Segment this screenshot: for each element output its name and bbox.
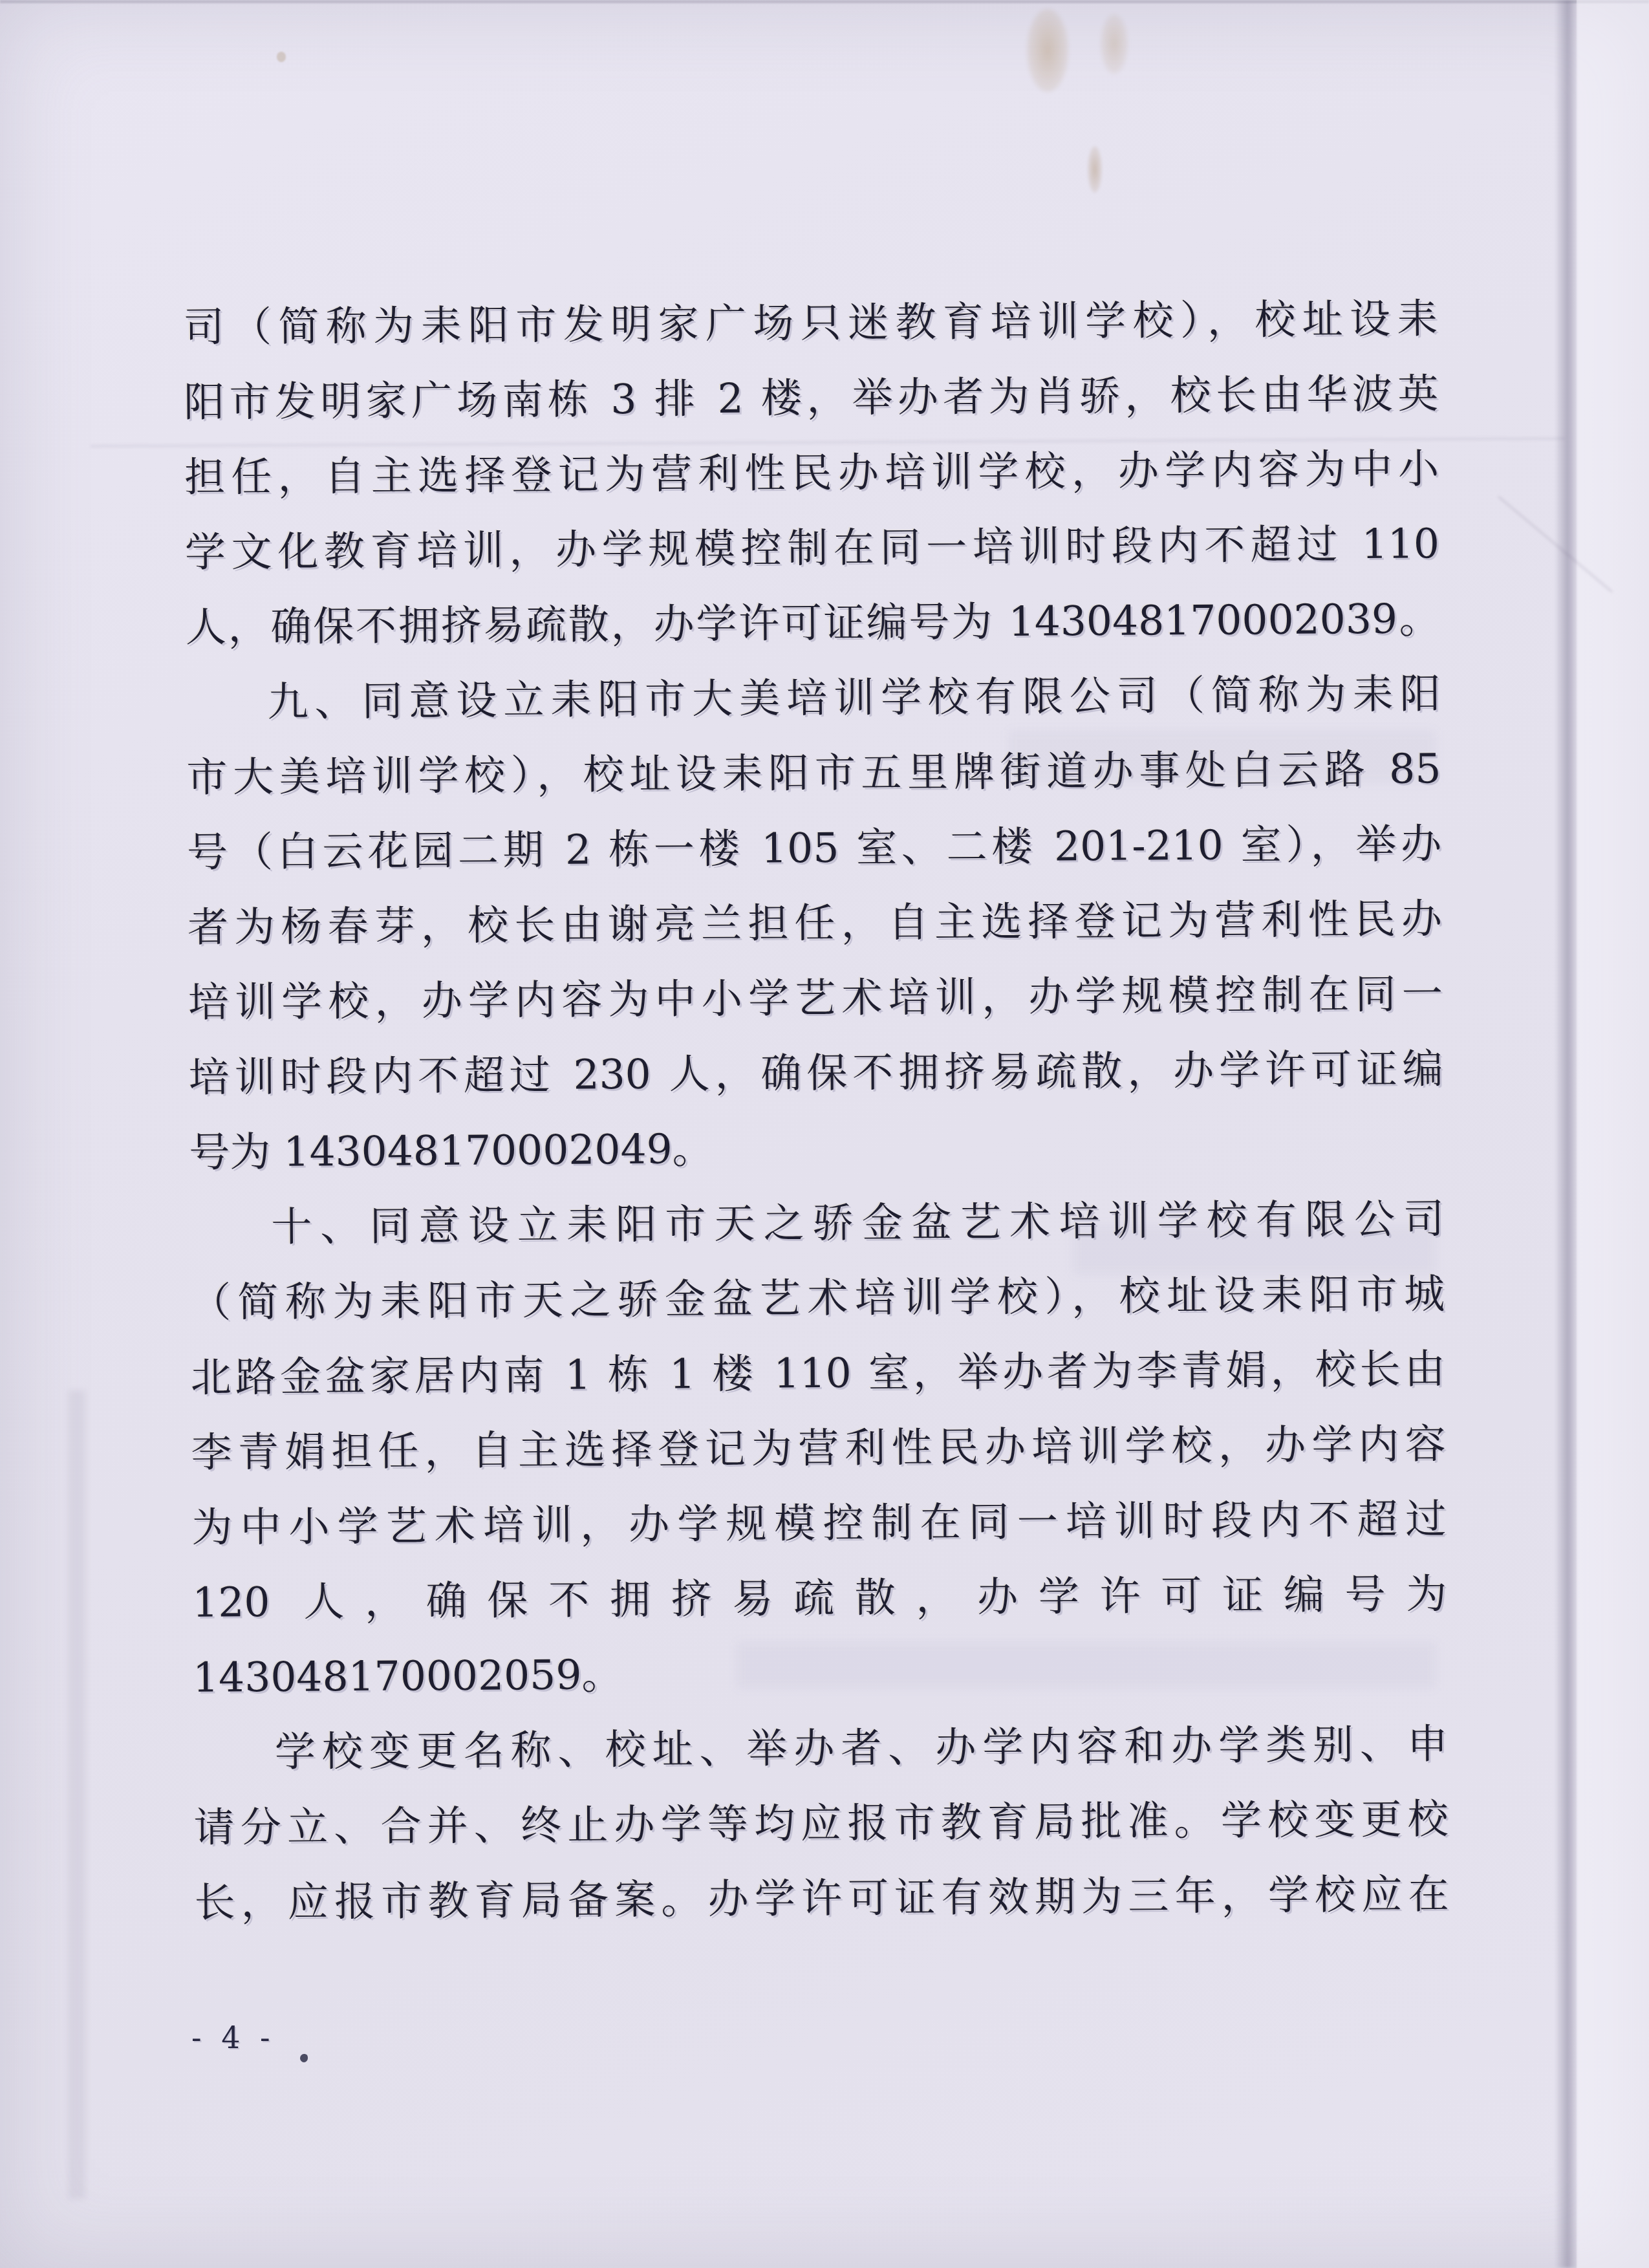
text-line: 号（白云花园二期 2 栋一楼 105 室、二楼 201-210 室），举办 bbox=[187, 806, 1442, 891]
text-line: 北路金盆家居内南 1 栋 1 楼 110 室，举办者为李青娟，校长由 bbox=[190, 1332, 1445, 1416]
paper-crease-line bbox=[1498, 495, 1613, 592]
text-line: 阳市发明家广场南栋 3 排 2 楼，举办者为肖骄，校长由华波英 bbox=[184, 356, 1439, 440]
paper-stain bbox=[277, 52, 286, 62]
text-line: 培训时段内不超过 230 人，确保不拥挤易疏散，办学许可证编 bbox=[188, 1031, 1443, 1116]
text-line: 九、同意设立耒阳市大美培训学校有限公司（简称为耒阳 bbox=[186, 656, 1441, 740]
text-line: （简称为耒阳市天之骄金盆艺术培训学校），校址设耒阳市城 bbox=[190, 1257, 1445, 1341]
page-edge-shadow bbox=[1555, 0, 1577, 2268]
page-right-margin-strip bbox=[1577, 0, 1649, 2268]
paper-stain bbox=[1101, 14, 1128, 74]
scanned-document-page: 司（简称为耒阳市发明家广场只迷教育培训学校），校址设耒 阳市发明家广场南栋 3 … bbox=[0, 0, 1649, 2268]
scanner-top-edge-shadow bbox=[0, 0, 1649, 3]
text-line: 长，应报市教育局备案。办学许可证有效期为三年，学校应在 bbox=[194, 1857, 1449, 1941]
paper-stain bbox=[1088, 146, 1102, 193]
text-line: 号为 143048170002049。 bbox=[189, 1107, 1444, 1191]
text-line: 者为杨春芽，校长由谢亮兰担任，自主选择登记为营利性民办 bbox=[188, 881, 1443, 966]
text-line: 学校变更名称、校址、举办者、办学内容和办学类别、申 bbox=[193, 1707, 1449, 1791]
text-line: 为中小学艺术培训，办学规模控制在同一培训时段内不超过 bbox=[191, 1482, 1447, 1566]
ink-speck bbox=[300, 2054, 308, 2062]
paper-stain bbox=[1027, 9, 1068, 92]
text-line: 十、同意设立耒阳市天之骄金盆艺术培训学校有限公司 bbox=[189, 1182, 1445, 1266]
text-line: 120 人，确保不拥挤易疏散，办学许可证编号为 bbox=[192, 1557, 1447, 1641]
text-line: 学文化教育培训，办学规模控制在同一培训时段内不超过 110 bbox=[185, 506, 1440, 590]
page-number: - 4 - bbox=[191, 2020, 275, 2055]
text-line: 市大美培训学校），校址设耒阳市五里牌街道办事处白云路 85 bbox=[186, 731, 1441, 815]
text-line: 培训学校，办学内容为中小学艺术培训，办学规模控制在同一 bbox=[188, 956, 1443, 1041]
left-edge-shade bbox=[69, 1390, 85, 2199]
text-line: 李青娟担任，自主选择登记为营利性民办培训学校，办学内容 bbox=[191, 1407, 1446, 1491]
text-line: 请分立、合并、终止办学等均应报市教育局批准。学校变更校 bbox=[193, 1782, 1449, 1866]
text-line: 担任，自主选择登记为营利性民办培训学校，办学内容为中小 bbox=[184, 431, 1439, 515]
document-body: 司（简称为耒阳市发明家广场只迷教育培训学校），校址设耒 阳市发明家广场南栋 3 … bbox=[183, 281, 1449, 1940]
text-line: 143048170002059。 bbox=[193, 1632, 1448, 1716]
text-line: 司（简称为耒阳市发明家广场只迷教育培训学校），校址设耒 bbox=[183, 281, 1438, 365]
text-line: 人，确保不拥挤易疏散，办学许可证编号为 143048170002039。 bbox=[185, 581, 1440, 665]
